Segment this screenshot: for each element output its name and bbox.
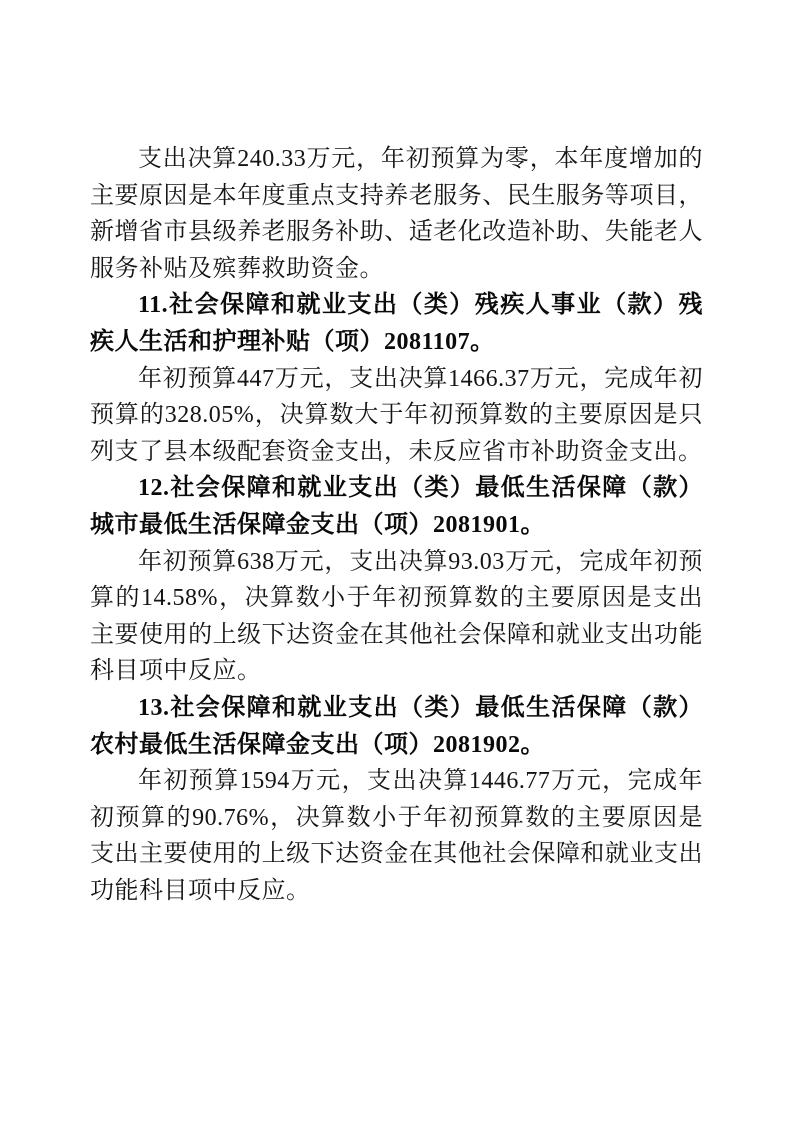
document-body: 支出决算240.33万元，年初预算为零，本年度增加的主要原因是本年度重点支持养老… xyxy=(90,141,703,909)
body-paragraph: 年初预算447万元，支出决算1466.37万元，完成年初预算的328.05%，决… xyxy=(90,361,703,471)
document-page: 支出决算240.33万元，年初预算为零，本年度增加的主要原因是本年度重点支持养老… xyxy=(0,0,793,1122)
section-heading: 12.社会保障和就业支出（类）最低生活保障（款）城市最低生活保障金支出（项）20… xyxy=(90,470,703,543)
section-heading: 13.社会保障和就业支出（类）最低生活保障（款）农村最低生活保障金支出（项）20… xyxy=(90,690,703,763)
body-paragraph: 年初预算638万元，支出决算93.03万元，完成年初预算的14.58%，决算数小… xyxy=(90,544,703,690)
body-paragraph: 年初预算1594万元，支出决算1446.77万元，完成年初预算的90.76%，决… xyxy=(90,763,703,909)
section-heading: 11.社会保障和就业支出（类）残疾人事业（款）残疾人生活和护理补贴（项）2081… xyxy=(90,287,703,360)
body-paragraph: 支出决算240.33万元，年初预算为零，本年度增加的主要原因是本年度重点支持养老… xyxy=(90,141,703,287)
